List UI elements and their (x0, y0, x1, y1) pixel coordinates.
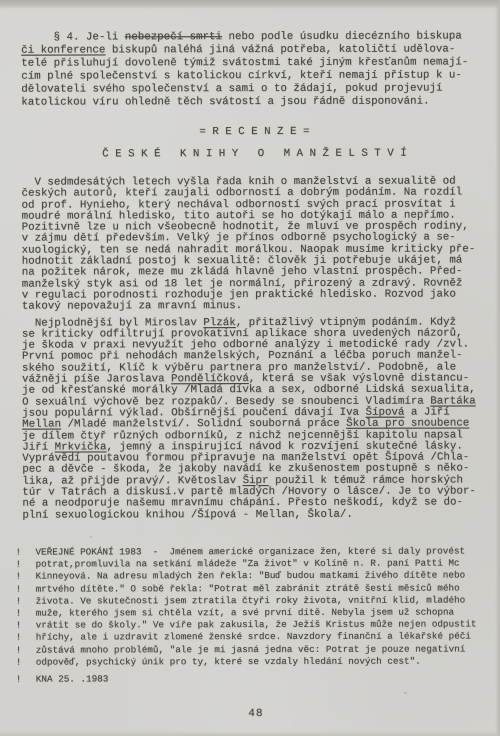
line-text: takový nepovažují za mravní minus. (22, 300, 242, 313)
text-line: či konference biskupů naléhá jiná vážná … (21, 43, 487, 57)
line-text: vrátit se do školy." Ve víře pak zakusil… (36, 619, 477, 632)
line-text: cím plné společenství s katolickou církv… (21, 69, 462, 82)
text-line: !odpověď, psychický únik pro ty, které s… (16, 655, 489, 668)
exclamation-marker: ! (16, 644, 36, 656)
text-line: cím plné společenství s katolickou církv… (21, 69, 487, 83)
source-line: ! KNA 25. .1983 (16, 672, 489, 685)
line-text: telé přisluhují dovoleně týmiž svátostmi… (21, 56, 468, 69)
line-text: mrtvého dítěte." O sobě řekla: "Potrat m… (36, 582, 460, 595)
text-line: katolickou víru ohledně těch svátostí a … (21, 95, 487, 109)
exclamation-marker: ! (16, 674, 36, 686)
text-line: § 4. Je-li nebezpečí smrti nebo podle ús… (21, 30, 487, 44)
public-penance-notice: !VEŘEJNÉ POKÁNÍ 1983 - Jménem americké o… (15, 545, 488, 668)
scan-edge-top (0, 0, 500, 9)
line-text: hříchy, ale i uzdravit zlomené ženské sr… (36, 631, 471, 644)
text-line: takový nepovažují za mravní minus. (22, 301, 488, 314)
exclamation-marker: ! (16, 620, 36, 632)
scanned-document-page: { "colors": { "paper": "#d3d2ce", "ink":… (0, 0, 500, 736)
page-number: 48 (23, 707, 489, 720)
text-line: plní sexuologickou knihou /Šípová - Mell… (22, 509, 488, 522)
line-text: katolickou víru ohledně těch svátostí a … (21, 96, 429, 109)
exclamation-marker: ! (16, 607, 36, 619)
exclamation-marker: ! (16, 632, 36, 644)
line-text: Kinneyová. Na adresu mladých žen řekla: … (36, 570, 466, 583)
line-text: VEŘEJNÉ POKÁNÍ 1983 - Jménem americké or… (35, 545, 465, 558)
exclamation-marker: ! (16, 656, 36, 668)
scan-edge-right (495, 0, 500, 736)
source-text: KNA 25. .1983 (36, 673, 109, 685)
line-text: či konference biskupů naléhá jiná vážná … (21, 43, 455, 56)
title-heading: Č E S K É K N I H Y O M A N Ž E L S T V … (21, 147, 487, 160)
exclamation-marker: ! (16, 583, 36, 595)
text-line: telé přisluhují dovoleně týmiž svátostmi… (21, 56, 487, 70)
exclamation-marker: ! (15, 546, 35, 558)
text-line: dělovateli svého společenství a sami o t… (21, 82, 487, 96)
line-text: muže, kterého jsem si chtěla vzít, a své… (36, 606, 454, 619)
review-paragraph-2: Nejplodnější byl Miroslav Plzák, přitažl… (22, 317, 489, 522)
intro-paragraph: § 4. Je-li nebezpečí smrti nebo podle ús… (21, 30, 487, 109)
recenze-heading: = R E C E N Z E = (21, 125, 487, 138)
page-content: § 4. Je-li nebezpečí smrti nebo podle ús… (21, 30, 489, 720)
exclamation-marker: ! (15, 559, 35, 571)
scan-edge-bottom (0, 731, 500, 736)
line-text: zůstává mnoho problémů, "ale je mi jasná… (36, 643, 466, 656)
line-text: života. Ve skutečnosti jsem ztratila čty… (36, 594, 466, 607)
exclamation-marker: ! (16, 595, 36, 607)
line-text: § 4. Je-li nebezpečí smrti nebo podle ús… (21, 30, 462, 43)
line-text: odpověď, psychický únik pro ty, které se… (36, 655, 421, 668)
exclamation-marker: ! (16, 571, 36, 583)
line-text: dělovateli svého společenství a sami o t… (21, 83, 442, 96)
line-text: plní sexuologickou knihou /Šípová - Mell… (22, 508, 352, 521)
review-paragraph-1: V sedmdesátých letech vyšla řada knih o … (21, 176, 487, 313)
line-text: potrat,promluvila na setkání mládeže "Za… (35, 558, 459, 571)
